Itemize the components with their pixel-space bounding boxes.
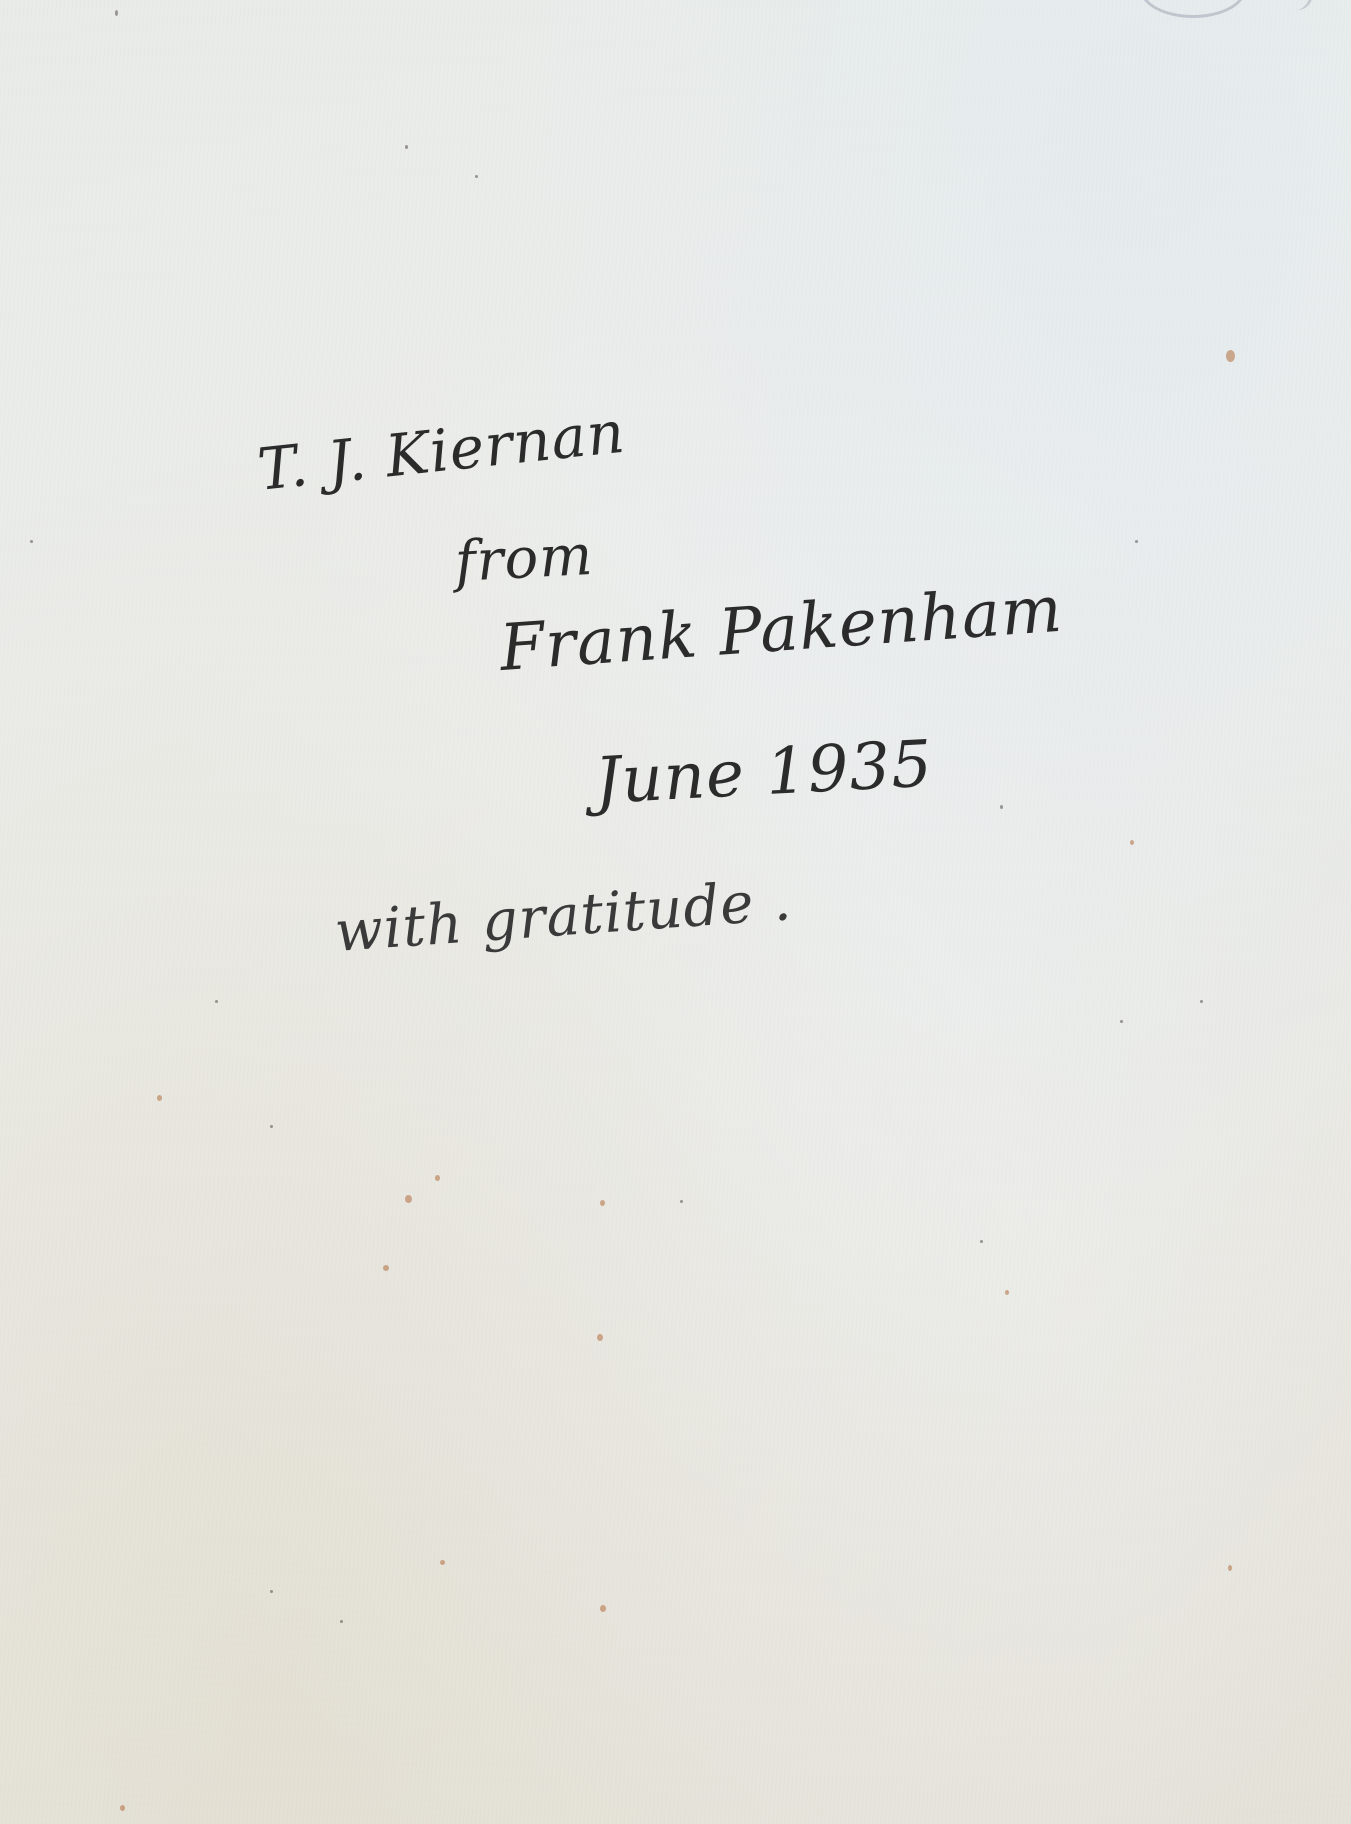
- inscription-note: with gratitude .: [333, 868, 794, 965]
- handwritten-inscription: T. J. Kiernan from Frank Pakenham June 1…: [0, 0, 1351, 1824]
- inscription-date: June 1935: [593, 727, 935, 819]
- inscription-signer-signature: Frank Pakenham: [497, 573, 1065, 686]
- book-flyleaf-page: T. J. Kiernan from Frank Pakenham June 1…: [0, 0, 1351, 1824]
- inscription-from-word: from: [453, 523, 595, 595]
- inscription-recipient: T. J. Kiernan: [254, 398, 628, 504]
